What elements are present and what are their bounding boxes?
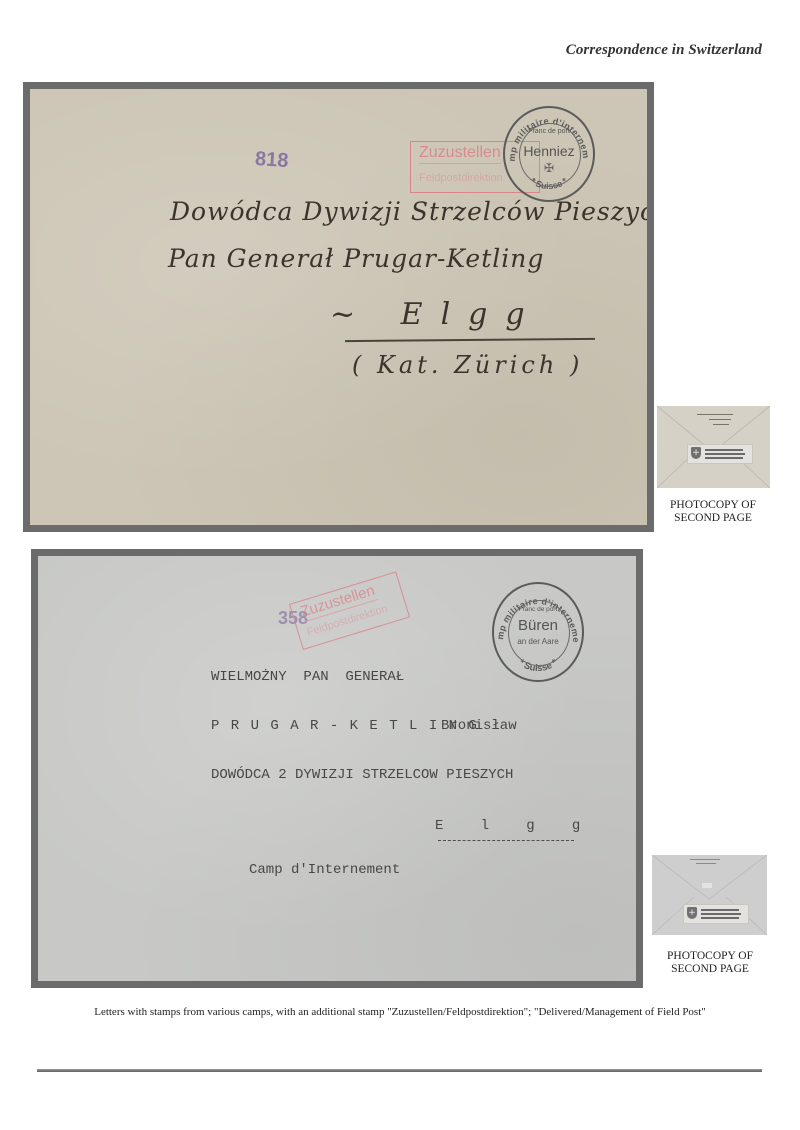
thumbnail-caption: PHOTOCOPY OF SECOND PAGE <box>650 950 770 976</box>
zuzustellen-stamp: Zuzustellen Feldpostdirektion <box>289 571 410 650</box>
swiss-cross-icon: ✠ <box>505 161 593 175</box>
address-dashed-underline <box>438 840 574 841</box>
address-line-4: ( Kat. Zürich ) <box>352 351 583 379</box>
censor-label: + <box>687 444 753 464</box>
address-line-5: Camp d'Internement <box>249 862 400 878</box>
camp-cancel-henniez: Camp militaire d'internement * Suisse * … <box>503 106 595 202</box>
page-title: Correspondence in Switzerland <box>566 42 762 59</box>
address-line-1: WIELMOŻNY PAN GENERAŁ <box>211 669 404 685</box>
address-line-2: Pan Generał Prugar-Ketling <box>168 244 544 273</box>
address-line-2-firstname: Bronisław <box>441 718 517 734</box>
envelope-photo-buren: 358 Zuzustellen Feldpostdirektion Camp m… <box>31 549 643 988</box>
envelope-front: 818 Zuzustellen Feldpostdirektion Camp m… <box>30 89 647 525</box>
address-underline <box>345 338 595 342</box>
address-line-3: DOWÓDCA 2 DYWIZJI STRZELCOW PIESZYCH <box>211 767 513 783</box>
page-caption: Letters with stamps from various camps, … <box>80 1006 720 1019</box>
camp-cancel-buren: Camp militaire d'internement * Suisse * … <box>492 582 584 682</box>
footer-divider <box>37 1069 762 1072</box>
censor-label: + <box>683 904 749 924</box>
second-page-thumbnail: + <box>657 406 770 488</box>
envelope-photo-henniez: 818 Zuzustellen Feldpostdirektion Camp m… <box>23 82 654 532</box>
address-line-2: P R U G A R - K E T L I N G <box>211 718 478 734</box>
swiss-shield-icon: + <box>687 907 697 919</box>
address-line-4: E l g g <box>435 818 583 834</box>
censor-number-stamp: 818 <box>254 148 289 173</box>
swiss-shield-icon: + <box>691 447 701 459</box>
thumbnail-caption: PHOTOCOPY OF SECOND PAGE <box>653 499 773 525</box>
address-line-3: ~ Elgg <box>330 297 543 332</box>
second-page-thumbnail: + <box>652 855 767 935</box>
address-line-1: Dowódca Dywizji Strzelców Pieszych <box>170 197 647 226</box>
envelope-front: 358 Zuzustellen Feldpostdirektion Camp m… <box>38 556 636 981</box>
